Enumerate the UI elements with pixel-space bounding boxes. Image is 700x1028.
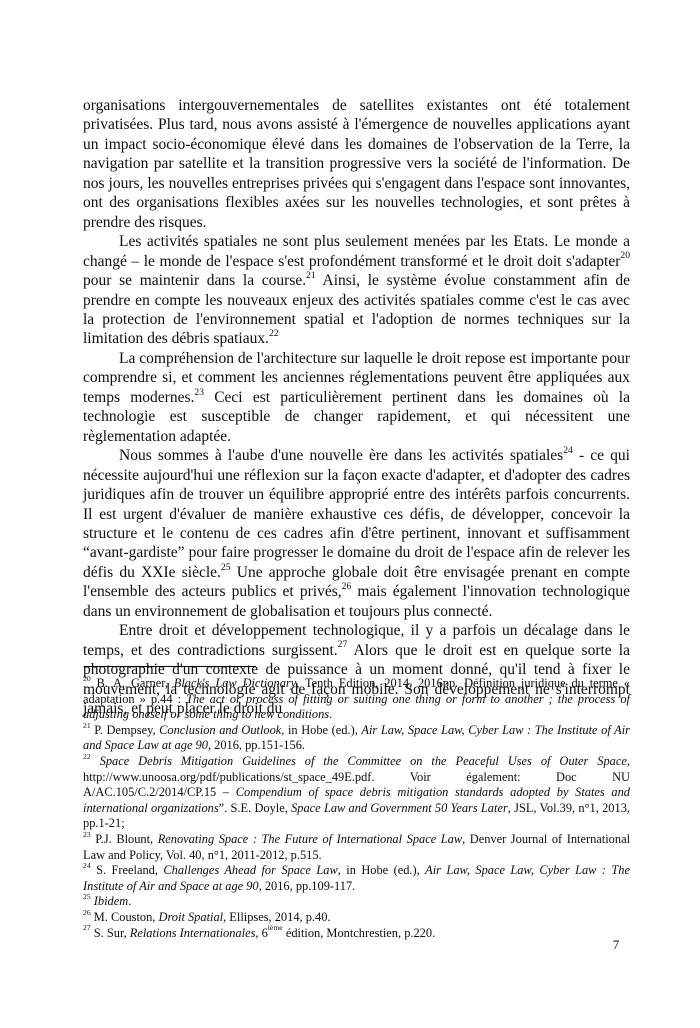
text-run: Conclusion and Outlook [159, 723, 281, 737]
footnote: 27 S. Sur, Relations Internationales, 6i… [83, 926, 630, 942]
text-run: P.J. Blount, [91, 832, 158, 846]
text-run: ”. S.E. Doyle, [219, 801, 291, 815]
text-run: Black's Law Dictionary [174, 676, 296, 690]
footnote-separator [84, 666, 256, 667]
text-run: , in Hobe (ed.), [281, 723, 361, 737]
paragraph: Nous sommes à l'aube d'une nouvelle ère … [83, 446, 630, 621]
paragraph: Les activités spatiales ne sont plus seu… [83, 232, 630, 349]
text-run: Les activités spatiales ne sont plus seu… [83, 233, 630, 269]
footnote: 22 Space Debris Mitigation Guidelines of… [83, 754, 630, 832]
page-number: 7 [606, 937, 626, 953]
text-run: , Ellipses, 2014, p.40. [223, 910, 330, 924]
paragraph: La compréhension de l'architecture sur l… [83, 349, 630, 446]
footnote-ref: 21 [306, 270, 316, 281]
body-text: organisations intergouvernementales de s… [83, 96, 630, 719]
paragraph: organisations intergouvernementales de s… [83, 96, 630, 232]
footnote-ref: 23 [194, 387, 204, 398]
text-run: - ce qui nécessite aujourd'hui une réfle… [83, 447, 630, 581]
text-run: Nous sommes à l'aube d'une nouvelle ère … [119, 447, 563, 464]
text-run: organisations intergouvernementales de s… [83, 97, 630, 231]
footnote: 25 Ibidem. [83, 894, 630, 910]
footnote-number: 27 [83, 923, 91, 932]
text-run: , 2016, pp.109-117. [259, 879, 356, 893]
text-run: M. Couston, [91, 910, 159, 924]
document-page: organisations intergouvernementales de s… [0, 0, 700, 1028]
footnotes: 20 B. A. Garner, Black's Law Dictionary,… [83, 676, 630, 941]
text-run: Challenges Ahead for Space Law [163, 863, 337, 877]
footnote-ref: 24 [563, 445, 573, 456]
text-run: édition, Montchrestien, p.220. [283, 926, 435, 940]
text-run: , 2016, pp.151-156. [208, 738, 305, 752]
text-run: Ibidem [94, 894, 128, 908]
footnote-ref: 25 [221, 562, 231, 573]
footnote-number: 26 [83, 908, 91, 917]
text-run: S. Freeland, [91, 863, 164, 877]
text-run: Renovating Space : The Future of Interna… [158, 832, 462, 846]
text-run: Space Debris Mitigation Guidelines of th… [100, 754, 627, 768]
footnote: 21 P. Dempsey, Conclusion and Outlook, i… [83, 723, 630, 754]
footnote-number: 24 [83, 861, 91, 870]
footnote-number: 21 [83, 721, 91, 730]
text-run: B. A. Garner, [91, 676, 174, 690]
footnote-number: 22 [83, 752, 91, 761]
footnote: 24 S. Freeland, Challenges Ahead for Spa… [83, 863, 630, 894]
text-run: . [128, 894, 131, 908]
footnote-ref: 22 [269, 328, 279, 339]
text-run: . [329, 707, 332, 721]
text-run: , in Hobe (ed.), [338, 863, 425, 877]
text-run [91, 754, 100, 768]
footnote-ref: 27 [338, 639, 348, 650]
footnote: 23 P.J. Blount, Renovating Space : The F… [83, 832, 630, 863]
text-run: , 6 [255, 926, 267, 940]
text-run: Droit Spatial [159, 910, 224, 924]
text-run: Space Law and Government 50 Years Later [291, 801, 508, 815]
text-run: P. Dempsey, [91, 723, 159, 737]
footnote-number: 23 [83, 830, 91, 839]
footnote-ref: 20 [620, 250, 630, 261]
footnote: 26 M. Couston, Droit Spatial, Ellipses, … [83, 910, 630, 926]
footnote: 20 B. A. Garner, Black's Law Dictionary,… [83, 676, 630, 723]
text-run: Relations Internationales [130, 926, 256, 940]
text-run: S. Sur, [91, 926, 130, 940]
text-run: pour se maintenir dans la course. [83, 272, 306, 289]
footnote-superscript: ième [268, 923, 283, 932]
footnote-ref: 26 [342, 581, 352, 592]
footnote-number: 25 [83, 892, 91, 901]
footnote-number: 20 [83, 674, 91, 683]
